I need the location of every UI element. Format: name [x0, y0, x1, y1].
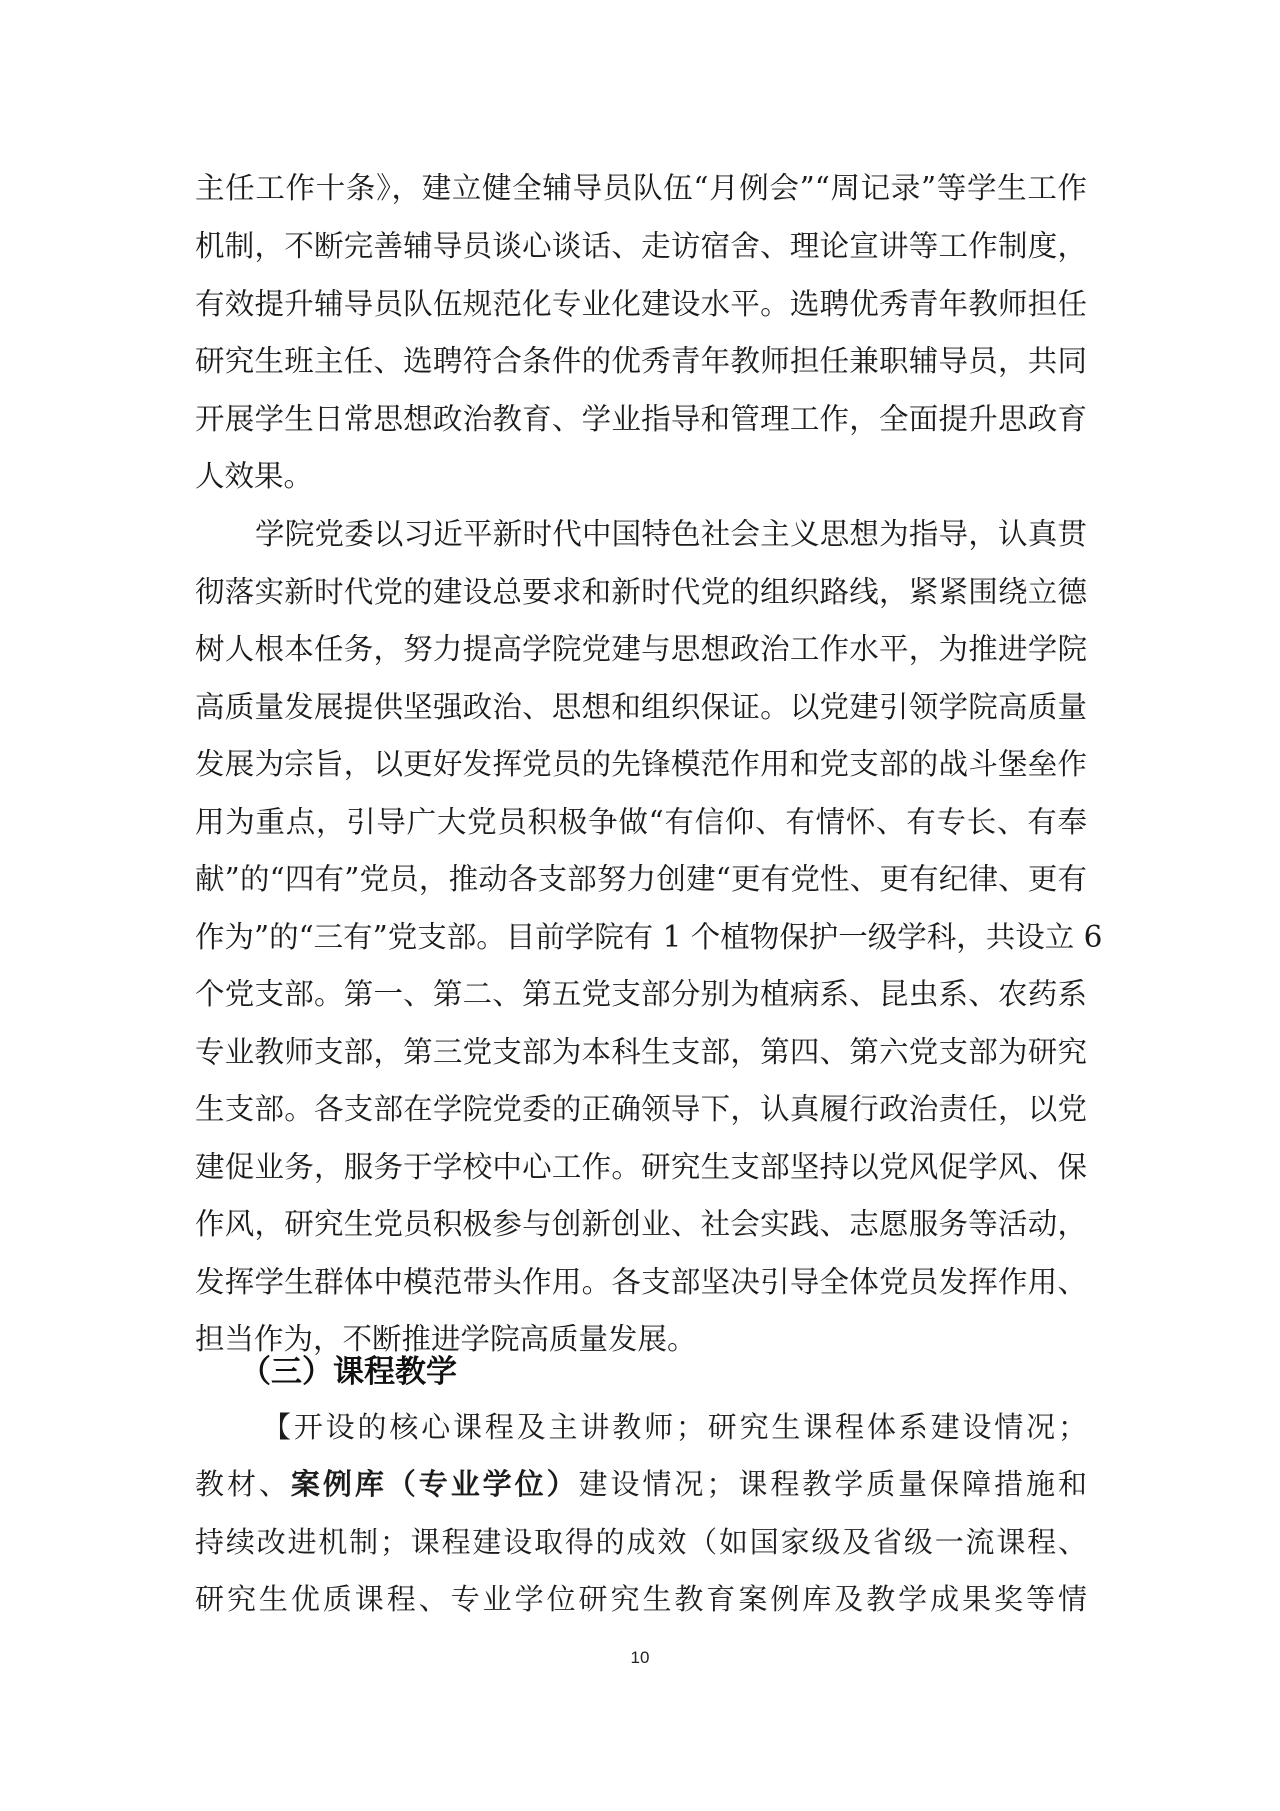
- text-line: 机制，不断完善辅导员谈心谈话、走访宿舍、理论宣讲等工作制度，: [195, 226, 1087, 266]
- text-line: 研究生优质课程、专业学位研究生教育案例库及教学成果奖等情: [195, 1579, 1087, 1619]
- text-line: 有效提升辅导员队伍规范化专业化建设水平。选聘优秀青年教师担任: [195, 284, 1087, 324]
- text-line: 用为重点，引导广大党员积极争做“有信仰、有情怀、有专长、有奉: [195, 802, 1087, 842]
- text-line: 高质量发展提供坚强政治、思想和组织保证。以党建引领学院高质量: [195, 687, 1087, 727]
- text-line: 学院党委以习近平新时代中国特色社会主义思想为指导，认真贯: [255, 514, 1087, 554]
- text-segment: 教材、: [195, 1467, 291, 1501]
- text-line: 彻落实新时代党的建设总要求和新时代党的组织路线，紧紧围绕立德: [195, 572, 1087, 612]
- page-number: 10: [0, 1648, 1280, 1668]
- text-line: 发展为宗旨，以更好发挥党员的先锋模范作用和党支部的战斗堡垒作: [195, 744, 1087, 784]
- text-line: 【开设的核心课程及主讲教师；研究生课程体系建设情况；: [262, 1407, 1087, 1447]
- text-line: 人效果。: [195, 456, 1087, 496]
- section-heading: （三）课程教学: [240, 1350, 457, 1394]
- text-line: 专业教师支部，第三党支部为本科生支部，第四、第六党支部为研究: [195, 1032, 1087, 1072]
- text-line: 树人根本任务，努力提高学院党建与思想政治工作水平，为推进学院: [195, 629, 1087, 669]
- text-line: 作风，研究生党员积极参与创新创业、社会实践、志愿服务等活动，: [195, 1204, 1087, 1244]
- document-page: 主任工作十条》，建立健全辅导员队伍“月例会”“周记录”等学生工作 机制，不断完善…: [0, 0, 1280, 1811]
- text-line: 建促业务，服务于学校中心工作。研究生支部坚持以党风促学风、保: [195, 1147, 1087, 1187]
- text-line: 作为”的“三有”党支部。目前学院有 1 个植物保护一级学科，共设立 6: [195, 917, 1087, 957]
- text-line: 生支部。各支部在学院党委的正确领导下，认真履行政治责任，以党: [195, 1089, 1087, 1129]
- text-line: 持续改进机制；课程建设取得的成效（如国家级及省级一流课程、: [195, 1522, 1087, 1562]
- text-line: 研究生班主任、选聘符合条件的优秀青年教师担任兼职辅导员，共同: [195, 341, 1087, 381]
- text-line: 教材、案例库（专业学位）建设情况；课程教学质量保障措施和: [195, 1464, 1087, 1504]
- text-segment: 建设情况；课程教学质量保障措施和: [579, 1467, 1087, 1501]
- bold-text-segment: 案例库（专业学位）: [291, 1467, 579, 1501]
- text-line: 发挥学生群体中模范带头作用。各支部坚决引导全体党员发挥作用、: [195, 1262, 1087, 1302]
- text-line: 开展学生日常思想政治教育、学业指导和管理工作，全面提升思政育: [195, 399, 1087, 439]
- text-line: 个党支部。第一、第二、第五党支部分别为植病系、昆虫系、农药系: [195, 974, 1087, 1014]
- text-line: 主任工作十条》，建立健全辅导员队伍“月例会”“周记录”等学生工作: [195, 168, 1087, 208]
- text-line: 献”的“四有”党员，推动各支部努力创建“更有党性、更有纪律、更有: [195, 859, 1087, 899]
